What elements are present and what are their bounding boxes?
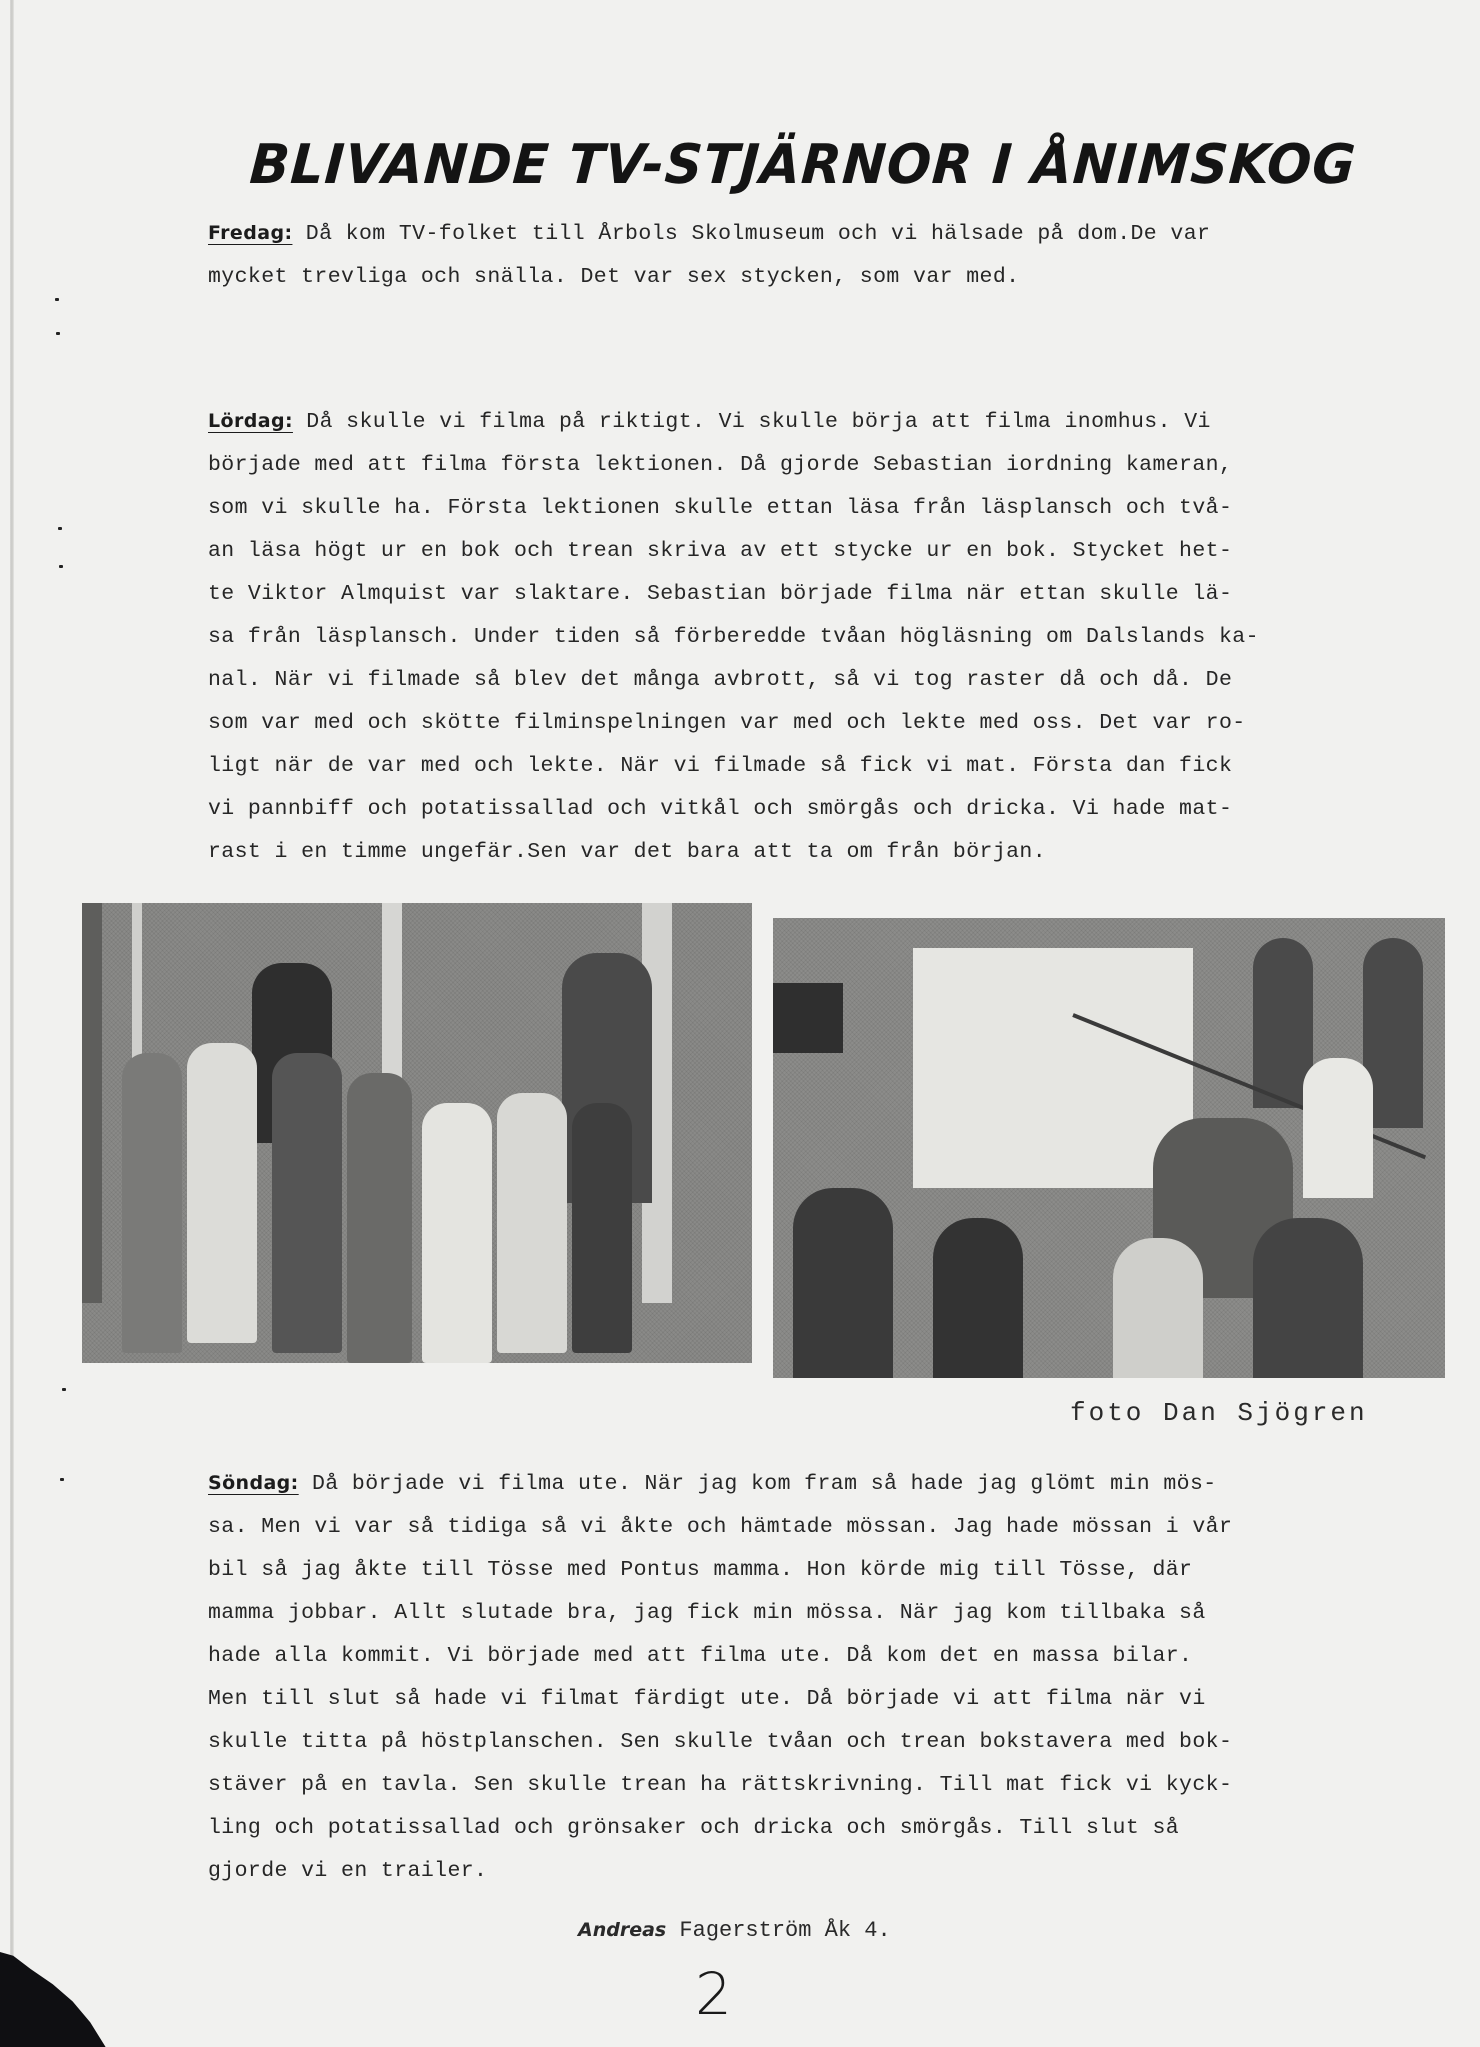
text-line: skulle titta på höstplanschen. Sen skull… (208, 1721, 1358, 1764)
section-fredag: Fredag: Då kom TV-folket till Årbols Sko… (208, 212, 1358, 299)
text-line: rast i en timme ungefär.Sen var det bara… (208, 831, 1358, 874)
photo-figure-child (122, 1053, 182, 1353)
punch-mark (59, 565, 63, 568)
page-number: 2 (695, 1960, 732, 2028)
day-label-sondag: Söndag: (208, 1472, 299, 1494)
photo-classroom-filming (773, 918, 1445, 1378)
punch-mark (62, 1388, 66, 1391)
author-signature: Andreas Fagerström Åk 4. (578, 1918, 891, 1943)
photo-group-on-steps (82, 903, 752, 1363)
photo-figure-child (347, 1073, 412, 1363)
text-line: ling och potatissallad och grönsaker och… (208, 1807, 1358, 1850)
text-line: sa från läsplansch. Under tiden så förbe… (208, 616, 1358, 659)
text-line: ligt när de var med och lekte. När vi fi… (208, 745, 1358, 788)
text-line: började med att filma första lektionen. … (208, 444, 1358, 487)
photo-picture-frame (773, 983, 843, 1053)
text-line: te Viktor Almquist var slaktare. Sebasti… (208, 573, 1358, 616)
photo-figure-child (1253, 1218, 1363, 1378)
page-edge-shadow (10, 0, 14, 1960)
text-line: hade alla kommit. Vi började med att fil… (208, 1635, 1358, 1678)
photo-figure-child (793, 1188, 893, 1378)
text-line: Men till slut så hade vi filmat färdigt … (208, 1678, 1358, 1721)
day-label-lordag: Lördag: (208, 410, 293, 432)
text-line: Söndag: Då började vi filma ute. När jag… (208, 1462, 1358, 1506)
text-line-content: Då började vi filma ute. När jag kom fra… (312, 1472, 1217, 1496)
text-line: Fredag: Då kom TV-folket till Årbols Sko… (208, 212, 1358, 256)
photo-figure-child (933, 1218, 1023, 1378)
punch-mark (55, 298, 59, 301)
text-line: bil så jag åkte till Tösse med Pontus ma… (208, 1549, 1358, 1592)
text-line: vi pannbiff och potatissallad och vitkål… (208, 788, 1358, 831)
photo-figure-sound-operator (1303, 1058, 1373, 1198)
scan-corner-blot (0, 1952, 110, 2047)
photo-credit: foto Dan Sjögren (1070, 1398, 1368, 1428)
photo-figure-child (422, 1103, 492, 1363)
text-line: som vi skulle ha. Första lektionen skull… (208, 487, 1358, 530)
text-line: sa. Men vi var så tidiga så vi åkte och … (208, 1506, 1358, 1549)
text-line: gjorde vi en trailer. (208, 1850, 1358, 1893)
photo-figure-child (187, 1043, 257, 1343)
day-label-fredag: Fredag: (208, 222, 292, 244)
photo-figure-child (272, 1053, 342, 1353)
text-line: mamma jobbar. Allt slutade bra, jag fick… (208, 1592, 1358, 1635)
section-sondag: Söndag: Då började vi filma ute. När jag… (208, 1462, 1358, 1893)
photo-doorframe (82, 903, 102, 1303)
text-line-content: Då skulle vi filma på riktigt. Vi skulle… (306, 410, 1211, 434)
photo-figure-child (572, 1103, 632, 1353)
page-title: BLIVANDE TV-STJÄRNOR I ÅNIMSKOG (248, 133, 1252, 196)
text-line: stäver på en tavla. Sen skulle trean ha … (208, 1764, 1358, 1807)
text-line-content: Då kom TV-folket till Årbols Skolmuseum … (306, 222, 1211, 246)
punch-mark (60, 1478, 64, 1481)
author-first-name: Andreas (578, 1919, 666, 1941)
photo-figure-child (1113, 1238, 1203, 1378)
text-line: an läsa högt ur en bok och trean skriva … (208, 530, 1358, 573)
text-line: nal. När vi filmade så blev det många av… (208, 659, 1358, 702)
punch-mark (58, 527, 62, 530)
text-line: som var med och skötte filminspelningen … (208, 702, 1358, 745)
section-lordag: Lördag: Då skulle vi filma på riktigt. V… (208, 400, 1358, 874)
author-rest: Fagerström Åk 4. (679, 1918, 890, 1943)
text-line: mycket trevliga och snälla. Det var sex … (208, 256, 1358, 299)
photo-window (913, 948, 1193, 1188)
photo-figure-child (497, 1093, 567, 1353)
punch-mark (56, 332, 60, 335)
text-line: Lördag: Då skulle vi filma på riktigt. V… (208, 400, 1358, 444)
